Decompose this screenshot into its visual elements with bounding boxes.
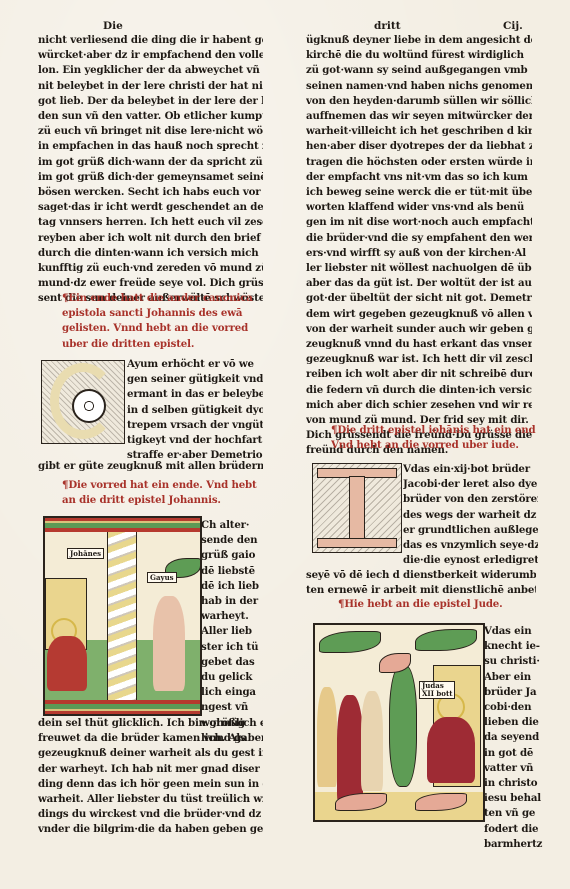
right-text-beside-woodcut: Vdas ein knecht ie- su christi· Aber ein…: [484, 624, 548, 852]
rubric-line: ¶Ein ende hatt die ander canonica: [62, 291, 262, 306]
text-line: lon. Ein yegklicher der da abweychet vñ: [38, 63, 263, 78]
seated-jude-figure: [427, 717, 475, 783]
text-line: ten vñ ge: [484, 806, 548, 821]
text-line: freuwet da die brüder kamen vnnd gaben: [38, 731, 263, 746]
text-line: ler liebster nit wöllest nachuolgen dē ü…: [306, 261, 532, 276]
text-line: reyben aber ich wolt nit durch den brief…: [38, 231, 263, 246]
text-line: ers·vnd wirfft sy auß von der kirchen·Al: [306, 246, 532, 261]
text-line: Ch alter·: [201, 518, 265, 533]
text-line: gebet das: [201, 655, 265, 670]
text-line: würcket·aber dz ir empfachend den vollen: [38, 48, 263, 63]
text-line: Jacobi·der leret also dye: [403, 477, 538, 492]
text-line: Vdas ein·xij·bot brüder: [403, 462, 538, 477]
ornamental-band: [45, 518, 200, 532]
acanthus-stem: [389, 665, 417, 787]
text-line: gibt er güte zeugknuß mit allen brüdern.: [38, 459, 263, 474]
woodcut-illustration-john-gaius-icon: Johānes Gayus: [43, 516, 202, 716]
text-line: dem wirt gegeben gezeugknuß vō allen vñ: [306, 307, 532, 322]
text-line: gezeugknuß deiner warheit als du gest in: [38, 746, 263, 761]
ornamental-band: [45, 700, 200, 714]
text-line: im got grüß dich·der gemeynsamet seinē: [38, 170, 263, 185]
text-line: hab in der: [201, 594, 265, 609]
rubric-line: Vnd hebt an die vorred uber iude.: [331, 438, 541, 453]
rubric-line: ¶Die dritt epistel iohānis hat ein end: [331, 423, 541, 438]
left-text-block-1: nicht verliesend die ding die ir habent …: [38, 33, 263, 307]
right-text-beside-initial: Vdas ein·xij·bot brüder Jacobi·der leret…: [403, 462, 538, 568]
text-line: ding denn das ich hör geen mein sun in d…: [38, 777, 263, 792]
text-line: vnder die bilgrim·die da haben geben gez…: [38, 822, 263, 837]
text-line: die brüder·vnd die sy empfahent den were…: [306, 231, 532, 246]
text-line: das es vnzymlich seye·dz: [403, 538, 538, 553]
rubric-line: an die dritt epistel Johannis.: [62, 493, 262, 508]
text-line: du gelick: [201, 670, 265, 685]
acanthus-leaf: [319, 631, 381, 653]
text-line: cobi·den: [484, 700, 548, 715]
text-line: reiben ich wolt aber dir nit schreibē du…: [306, 367, 532, 382]
text-line: ügknuß deyner liebe in dem angesicht der: [306, 33, 532, 48]
running-head-right: dritt: [374, 20, 401, 32]
text-line: die federn vñ durch die dinten·ich versi…: [306, 383, 532, 398]
text-line: sende den: [201, 533, 265, 548]
label-judas: Judas XII bott: [419, 681, 455, 699]
listener-figure: [317, 687, 337, 787]
text-line: durch die dinten·wann ich versich mich: [38, 246, 263, 261]
text-line: dein sel thüt glicklich. Ich bin größlic…: [38, 716, 263, 731]
rubric-line: epistola sancti Johannis des ewā: [62, 306, 262, 321]
text-line: ngest vñ: [201, 700, 265, 715]
text-line: Vdas ein: [484, 624, 548, 639]
text-line: in christo: [484, 776, 548, 791]
label-johannes: Johānes: [67, 548, 104, 559]
initial-letter-stem: [349, 476, 365, 540]
text-line: dē liebstē: [201, 564, 265, 579]
text-line: im got grüß dich·wann der da spricht zü: [38, 155, 263, 170]
left-rubric-1: ¶Ein ende hatt die ander canonica episto…: [62, 291, 262, 352]
text-line: Aller lieb: [201, 624, 265, 639]
decorated-initial-g-icon: [41, 360, 125, 444]
text-line: grüß gaio: [201, 548, 265, 563]
label-gayus: Gayus: [147, 572, 177, 583]
listener-figure-red: [337, 695, 363, 805]
text-line: seyē vō dē iech d dienstberkeit widerumb…: [306, 568, 536, 583]
text-line: warheit·villeicht ich het geschriben d k…: [306, 124, 532, 139]
rubric-line: ¶Die vorred hat ein ende. Vnd hebt: [62, 478, 262, 493]
text-line: Aber ein: [484, 670, 548, 685]
initial-letter-bottom-bar: [317, 538, 397, 548]
text-line: lieben die: [484, 715, 548, 730]
text-line: zeugknuß vnnd du hast erkant das vnser: [306, 337, 532, 352]
rubric-line: gelisten. Vnnd hebt an die vorred: [62, 321, 262, 336]
text-line: des wegs der warheit dz: [403, 508, 538, 523]
text-line: zü euch vñ bringet nit dise lere·nicht w…: [38, 124, 263, 139]
text-line: fodert die: [484, 822, 548, 837]
text-line: got lieb. Der da beleybet in der lere de…: [38, 94, 263, 109]
text-line: lich einga: [201, 685, 265, 700]
text-line: in got dē: [484, 746, 548, 761]
text-line: auffnemen das wir seyen mitwürcker der: [306, 109, 532, 124]
woodcut-illustration-jude-icon: Judas XII bott: [313, 623, 485, 822]
text-line: bösen wercken. Secht ich habs euch vor g…: [38, 185, 263, 200]
text-line: da seyend: [484, 730, 548, 745]
text-line: brüder Ja: [484, 685, 548, 700]
text-line: worten klaffend wider vns·vnd als benü: [306, 200, 532, 215]
text-line: von der warheit sunder auch wir geben ge: [306, 322, 532, 337]
text-line: kirchē die du woltünd fürest wirdiglich: [306, 48, 532, 63]
text-line: nicht verliesend die ding die ir habent …: [38, 33, 263, 48]
text-line: gen im nit dise wort·noch auch empfacht: [306, 215, 532, 230]
text-line: der warheyt. Ich hab nit mer gnad diser: [38, 762, 263, 777]
listener-figure: [361, 691, 383, 791]
text-line: seinen namen·vnd haben nichs genomen: [306, 79, 532, 94]
rosette-ornament-icon: [72, 389, 106, 423]
text-line: dings du wirckest vnd die brüder·vnd dz: [38, 807, 263, 822]
letter-pillar-ornament: [107, 532, 137, 700]
text-line: warheit. Aller liebster du tüst treülich…: [38, 792, 263, 807]
folio-number: Cij.: [503, 20, 523, 32]
text-line: nit beleybet in der lere christi der hat…: [38, 79, 263, 94]
text-line: zü got·wann sy seind außgegangen vmb: [306, 63, 532, 78]
text-line: den sun vñ den vatter. Ob etlicher kumpt: [38, 109, 263, 124]
left-rubric-2: ¶Die vorred hat ein ende. Vnd hebt an di…: [62, 478, 262, 508]
right-text-after-initial: seyē vō dē iech d dienstberkeit widerumb…: [306, 568, 536, 598]
text-line: hen·aber diser dyotrepes der da liebhat …: [306, 139, 532, 154]
text-line: saget·das ir icht werdt geschendet an de…: [38, 200, 263, 215]
text-line: vatter vñ: [484, 761, 548, 776]
decorated-initial-i-icon: [312, 463, 402, 553]
text-line: gezeugknuß war ist. Ich hett dir vil zes…: [306, 352, 532, 367]
text-line: aber das da güt ist. Der woltüt der ist …: [306, 276, 532, 291]
text-line: er grundtlichen außlege·: [403, 523, 538, 538]
text-line: knecht ie-: [484, 639, 548, 654]
right-text-block-1: ügknuß deyner liebe in dem angesicht der…: [306, 33, 532, 459]
seated-john-figure: [47, 636, 87, 691]
label-line: XII bott: [422, 689, 452, 698]
text-line: die·die eynost erledigret: [403, 553, 538, 568]
text-line: su christi·: [484, 654, 548, 669]
text-line: trepem vrsach der vngüt-: [127, 418, 263, 433]
text-line: iesu behal: [484, 791, 548, 806]
text-line: von den heyden·darumb süllen wir söllich: [306, 94, 532, 109]
text-line: dē ich lieb: [201, 579, 265, 594]
text-line: ster ich tü: [201, 640, 265, 655]
text-line: kunfftig zü euch·vnd zereden vō mund zü: [38, 261, 263, 276]
text-line: tigkeyt vnd der hochfart: [127, 433, 263, 448]
text-line: ich beweg seine werck die er tüt·mit übe…: [306, 185, 532, 200]
text-line: gen seiner gütigkeit vnd: [127, 372, 263, 387]
text-line: brüder von den zerstörern: [403, 492, 538, 507]
text-line: tag vnnsers herren. Ich hett euch vil ze…: [38, 215, 263, 230]
left-text-beside-initial: Ayum erhöcht er vō we gen seiner gütigke…: [127, 357, 263, 463]
left-text-block-3: dein sel thüt glicklich. Ich bin größlic…: [38, 716, 263, 838]
text-line: ermant in das er beleybe: [127, 387, 263, 402]
right-rubric-1: ¶Die dritt epistel iohānis hat ein end V…: [331, 423, 541, 453]
book-page: Die dritt Cij. nicht verliesend die ding…: [0, 0, 570, 889]
text-line: barmhertz: [484, 837, 548, 852]
text-line: Ayum erhöcht er vō we: [127, 357, 263, 372]
running-head-left: Die: [103, 20, 123, 32]
text-line: in d selben gütigkeit dyo: [127, 403, 263, 418]
text-line: got·der übeltüt der sicht nit got. Demet…: [306, 291, 532, 306]
standing-gaius-figure: [153, 596, 185, 691]
text-line: tragen die höchsten oder ersten würde in…: [306, 155, 532, 170]
text-line: warheyt.: [201, 609, 265, 624]
right-rubric-2: ¶Hie hebt an die epistel Jude.: [338, 597, 538, 612]
left-text-beside-woodcut: Ch alter· sende den grüß gaio dē liebstē…: [201, 518, 265, 746]
text-line: in empfachen in das hauß noch sprecht zü: [38, 139, 263, 154]
text-line: mund·dz ewer freüde seye vol. Dich grüs: [38, 276, 263, 291]
rubric-line: uber die dritten epistel.: [62, 337, 262, 352]
text-line: mich aber dich schier zesehen vnd wir re…: [306, 398, 532, 413]
acanthus-leaf: [415, 629, 477, 651]
left-text-block-2-full: gibt er güte zeugknuß mit allen brüdern.: [38, 459, 263, 474]
text-line: der empfacht vns nit·vm das so ich kum: [306, 170, 532, 185]
rubric-line: ¶Hie hebt an die epistel Jude.: [338, 597, 538, 612]
